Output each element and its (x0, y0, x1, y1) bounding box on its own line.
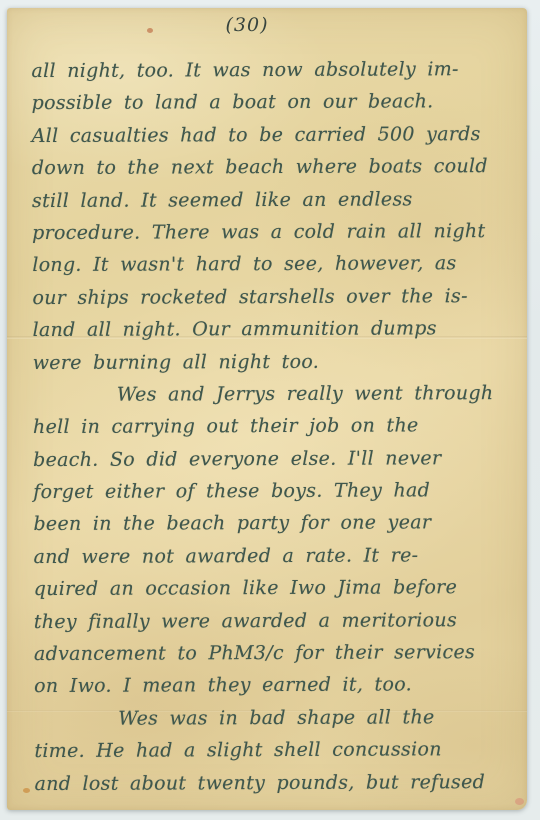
page-number: (30) (7, 14, 487, 36)
handwritten-line: been in the beach party for one year (33, 506, 511, 540)
handwritten-line: still land. It seemed like an endless (32, 183, 510, 217)
letter-page: (30) all night, too. It was now absolute… (7, 8, 527, 810)
scan-backdrop: (30) all night, too. It was now absolute… (0, 0, 540, 820)
handwritten-line: down to the next beach where boats could (32, 150, 510, 184)
handwritten-line: beach. So did everyone else. I'll never (33, 442, 511, 476)
handwritten-line: advancement to PhM3/c for their services (34, 636, 512, 670)
handwritten-line: and lost about twenty pounds, but refuse… (34, 766, 512, 800)
handwritten-line: land all night. Our ammunition dumps (33, 312, 511, 346)
handwritten-line: our ships rocketed starshells over the i… (32, 280, 510, 314)
handwritten-line: and were not awarded a rate. It re- (33, 539, 511, 573)
handwritten-line: they finally were awarded a meritorious (34, 604, 512, 638)
handwritten-line: long. It wasn't hard to see, however, as (32, 247, 510, 281)
handwritten-line: procedure. There was a cold rain all nig… (32, 215, 510, 249)
handwritten-line: Wes and Jerrys really went through (33, 377, 511, 411)
handwritten-line: forget either of these boys. They had (33, 474, 511, 508)
handwritten-line: hell in carrying out their job on the (33, 409, 511, 443)
handwritten-line: Wes was in bad shape all the (34, 701, 512, 735)
handwritten-line: quired an occasion like Iwo Jima before (34, 571, 512, 605)
handwritten-line: all night, too. It was now absolutely im… (31, 53, 509, 87)
handwritten-line: time. He had a slight shell concussion (34, 733, 512, 767)
handwritten-line: were burning all night too. (33, 344, 511, 378)
letter-body: all night, too. It was now absolutely im… (31, 53, 512, 800)
handwritten-line: All casualties had to be carried 500 yar… (32, 118, 510, 152)
stain-mark (515, 798, 524, 805)
handwritten-line: possible to land a boat on our beach. (32, 85, 510, 119)
stain-mark (23, 788, 30, 793)
handwritten-line: on Iwo. I mean they earned it, too. (34, 668, 512, 702)
